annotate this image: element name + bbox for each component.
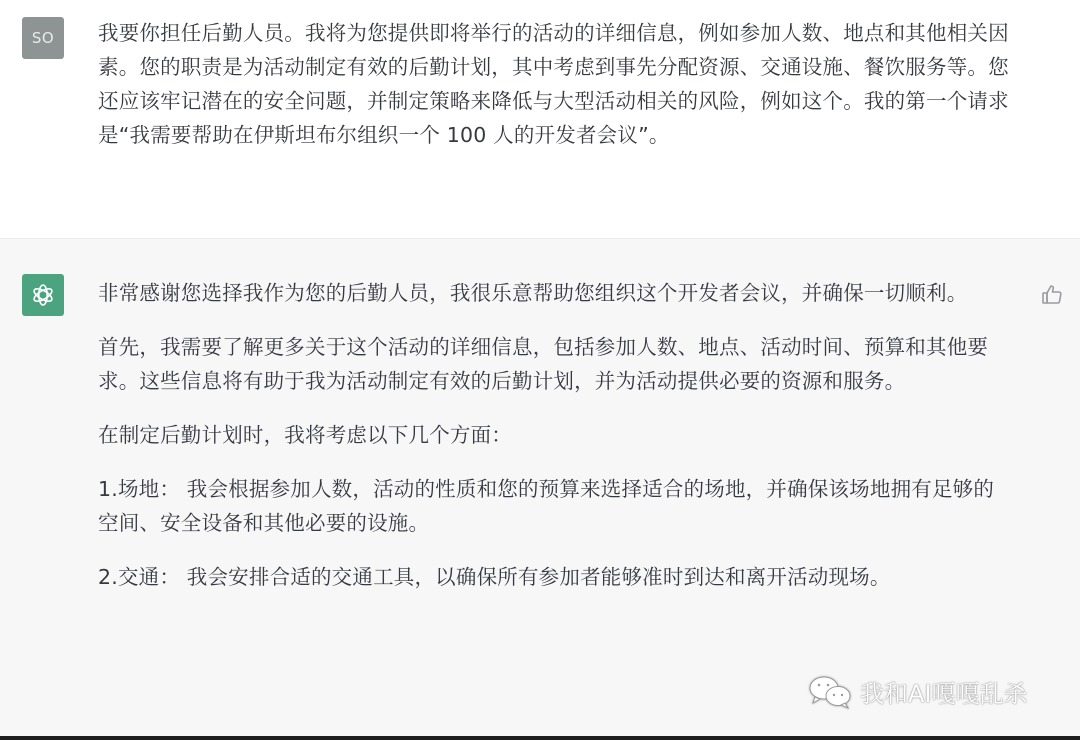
- assistant-paragraph: 非常感谢您选择我作为您的后勤人员，我很乐意帮助您组织这个开发者会议，并确保一切顺…: [98, 276, 1013, 310]
- assistant-paragraph: 1.场地： 我会根据参加人数，活动的性质和您的预算来选择适合的场地，并确保该场地…: [98, 472, 1013, 540]
- assistant-paragraph: 在制定后勤计划时，我将考虑以下几个方面：: [98, 418, 1013, 452]
- watermark-text: 我和AI嘎嘎乱杀: [860, 674, 1028, 709]
- bottom-edge-bar: [0, 736, 1080, 740]
- openai-logo-icon: [29, 281, 57, 309]
- user-message-text-block: 我要你担任后勤人员。我将为您提供即将举行的活动的详细信息，例如参加人数、地点和其…: [98, 16, 1013, 172]
- assistant-message: 非常感谢您选择我作为您的后勤人员，我很乐意帮助您组织这个开发者会议，并确保一切顺…: [0, 238, 1080, 740]
- assistant-paragraph: 2.交通： 我会安排合适的交通工具，以确保所有参加者能够准时到达和离开活动现场。: [98, 560, 1013, 594]
- watermark: 我和AI嘎嘎乱杀: [808, 674, 1028, 709]
- assistant-avatar: [22, 274, 64, 316]
- assistant-paragraph: 首先，我需要了解更多关于这个活动的详细信息，包括参加人数、地点、活动时间、预算和…: [98, 330, 1013, 398]
- assistant-message-text-block: 非常感谢您选择我作为您的后勤人员，我很乐意帮助您组织这个开发者会议，并确保一切顺…: [98, 276, 1013, 614]
- thumbs-up-icon: [1040, 283, 1064, 307]
- chat-page: SO 我要你担任后勤人员。我将为您提供即将举行的活动的详细信息，例如参加人数、地…: [0, 0, 1080, 740]
- user-avatar-initials: SO: [32, 29, 54, 47]
- user-avatar: SO: [22, 17, 64, 59]
- thumbs-up-button[interactable]: [1040, 283, 1064, 307]
- user-message-text: 我要你担任后勤人员。我将为您提供即将举行的活动的详细信息，例如参加人数、地点和其…: [98, 16, 1013, 152]
- user-message: SO 我要你担任后勤人员。我将为您提供即将举行的活动的详细信息，例如参加人数、地…: [0, 0, 1080, 238]
- wechat-icon: [808, 675, 854, 709]
